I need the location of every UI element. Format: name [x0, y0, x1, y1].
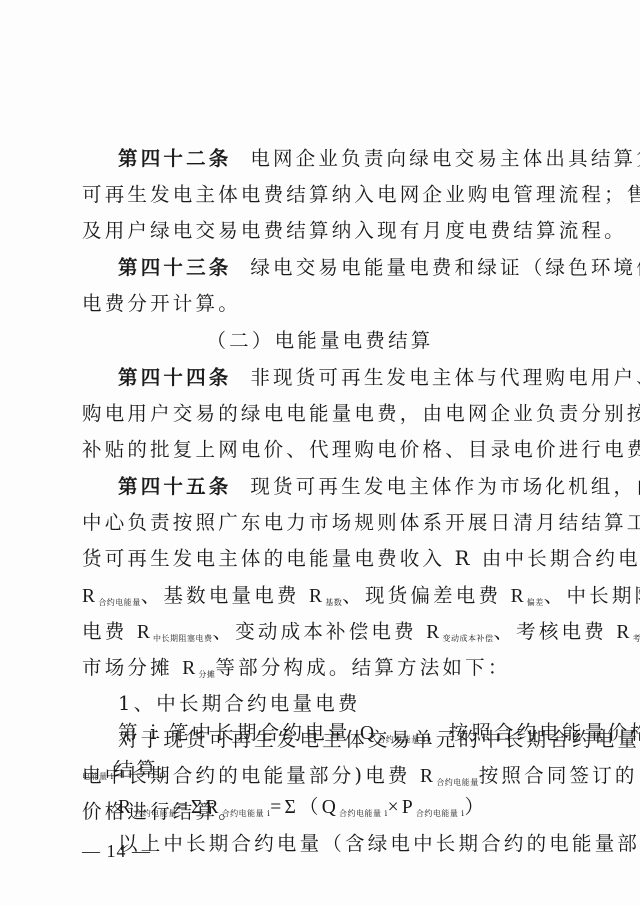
article-43-label: 第四十三条: [118, 256, 232, 279]
formula-line: R合约电能量=ΣR合约电能量 i=Σ（Q合约电能量 i×P合约电能量 i）: [118, 795, 606, 826]
subscript: 偏差: [527, 598, 544, 607]
symbol-q: Q: [360, 723, 377, 744]
symbol-r: R: [426, 622, 442, 643]
article-45-line-1: 第四十五条 现货可再生发电主体作为市场化机组，由交易: [118, 475, 606, 499]
symbol-r: R: [137, 622, 153, 643]
article-45-text: 现货可再生发电主体作为市场化机组，由交易: [250, 475, 640, 498]
text: ，按照合约电能量价格: [426, 721, 640, 744]
item-1-para-3-line-1: 以上中长期合约电量（含绿电中长期合约的电能量部分）电: [118, 832, 606, 856]
section-title: （二）电能量电费结算: [0, 329, 640, 353]
symbol-r: R: [82, 586, 98, 607]
article-45-line-2: 中心负责按照广东电力市场规则体系开展日清月结结算工作。现: [82, 511, 570, 535]
page-number: — 14 —: [82, 841, 151, 862]
article-45-line-3: 货可再生发电主体的电能量电费收入 R 由中长期合约电量电费: [82, 547, 570, 571]
article-44-label: 第四十四条: [118, 366, 232, 389]
subscript: 基数: [325, 598, 342, 607]
symbol-r: R: [309, 586, 325, 607]
item-1-para-2-line-1: 第 i 笔中长期合约电量 Q合约电能量 i，按照合约电能量价格 P合约: [118, 721, 606, 752]
symbol-r: R: [118, 797, 134, 818]
article-43-text: 绿电交易电能量电费和绿证（绿色环境价值）: [250, 256, 640, 279]
text: 、现货偏差电费: [342, 584, 510, 607]
text: 等部分构成。结算方法如下：: [215, 656, 510, 679]
formula-sum: =ΣR: [177, 797, 222, 818]
article-42-label: 第四十二条: [118, 147, 232, 170]
formula-times: ×P: [388, 797, 416, 818]
subscript: 合约电能量: [134, 809, 177, 818]
article-44-text: 非现货可再生发电主体与代理购电用户、优先: [250, 366, 640, 389]
subscript: 电能量 i: [82, 772, 114, 781]
text: 电费: [82, 620, 137, 643]
subscript: 合约电能量: [98, 598, 141, 607]
text: 市场分摊: [82, 656, 182, 679]
item-1-para-2-line-2: 电能量 i结算。: [82, 758, 570, 789]
text: 、变动成本补偿电费: [213, 620, 427, 643]
article-45-line-5: 电费 R中长期阻塞电费、变动成本补偿电费 R变动成本补偿、考核电费 R考核、: [82, 620, 570, 651]
subscript: 变动成本补偿: [442, 634, 493, 643]
article-43-line-1: 第四十三条 绿电交易电能量电费和绿证（绿色环境价值）: [118, 256, 606, 280]
symbol-r: R: [616, 622, 632, 643]
subscript: 分摊: [198, 670, 215, 679]
subscript: 合约电能量 i: [222, 809, 271, 818]
article-42-text: 电网企业负责向绿电交易主体出具结算凭证。: [250, 147, 640, 170]
text: 第 i 笔中长期合约电量: [118, 721, 360, 744]
subscript: 合约电能量 i: [377, 735, 426, 744]
article-44-line-1: 第四十四条 非现货可再生发电主体与代理购电用户、优先: [118, 366, 606, 390]
text: 结算。: [114, 758, 182, 781]
text: 、考核电费: [493, 620, 616, 643]
article-45-line-6: 市场分摊 R分摊等部分构成。结算方法如下：: [82, 656, 570, 687]
text: 、中长期阻塞: [544, 584, 640, 607]
subscript: 中长期阻塞电费: [153, 634, 213, 643]
article-45-line-4: R合约电能量、基数电量电费 R基数、现货偏差电费 R偏差、中长期阻塞: [82, 584, 570, 615]
text: 、基数电量电费: [141, 584, 309, 607]
article-44-line-3: 补贴的批复上网电价、代理购电价格、目录电价进行电费结算。: [82, 438, 570, 462]
article-45-label: 第四十五条: [118, 475, 232, 498]
symbol-r: R: [182, 658, 198, 679]
subscript: 合约电能量 i: [416, 809, 465, 818]
subscript: 合约电能量 i: [339, 809, 388, 818]
subscript: 考核: [633, 634, 640, 643]
item-1-heading: 1、中长期合约电量电费: [118, 692, 606, 716]
article-43-line-2: 电费分开计算。: [82, 292, 570, 316]
formula-sum: =Σ（Q: [270, 797, 339, 818]
symbol-r: R: [511, 586, 527, 607]
article-42-line-1: 第四十二条 电网企业负责向绿电交易主体出具结算凭证。: [118, 147, 606, 171]
article-44-line-2: 购电用户交易的绿电电能量电费，由电网企业负责分别按照不含: [82, 402, 570, 426]
article-42-line-2: 可再生发电主体电费结算纳入电网企业购电管理流程；售电公司: [82, 183, 570, 207]
formula-close: ）: [465, 795, 488, 818]
article-42-line-3: 及用户绿电交易电费结算纳入现有月度电费结算流程。: [82, 219, 570, 243]
